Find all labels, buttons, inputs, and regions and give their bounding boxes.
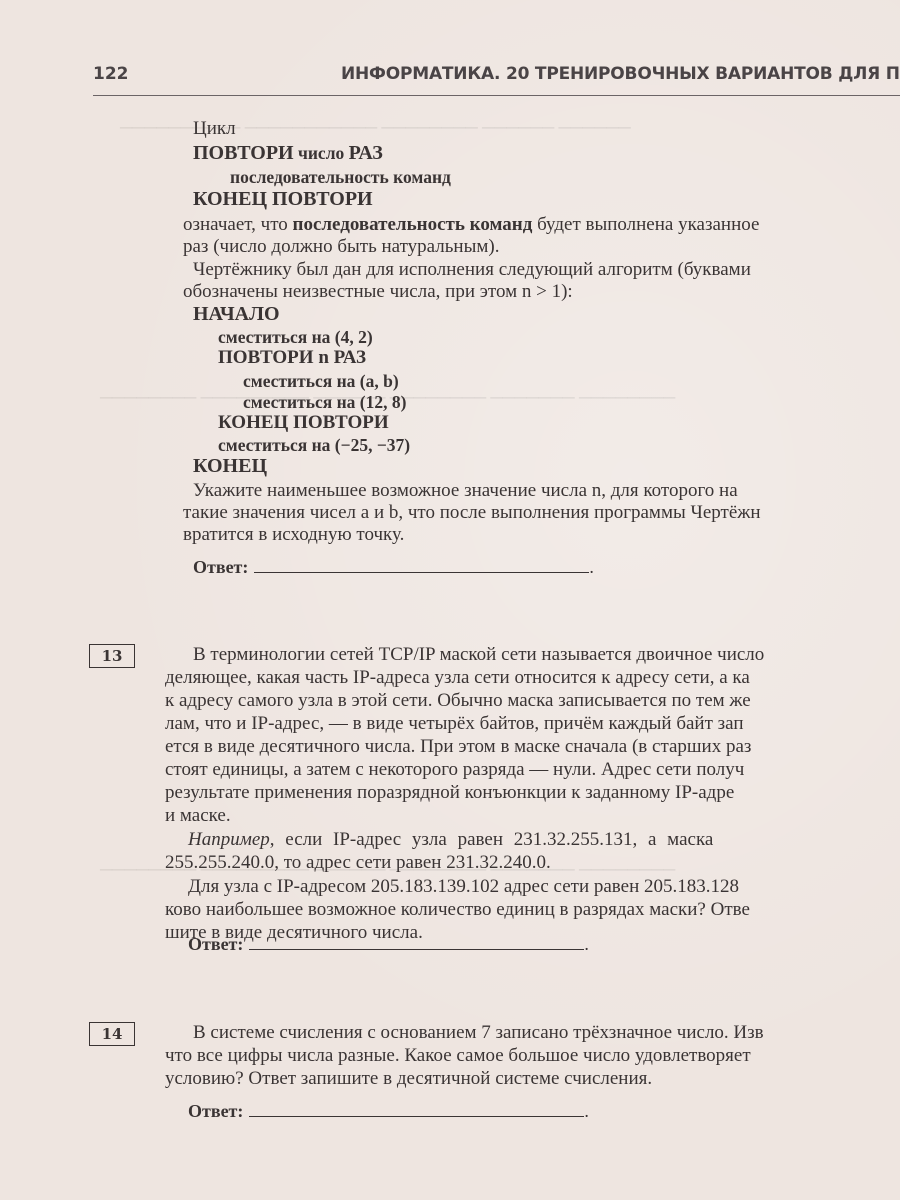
task14-line: В системе счисления с основанием 7 запис… [193,1022,764,1044]
algorithm-intro-2: обозначены неизвестные числа, при этом n… [183,281,573,303]
page-header: 122 ИНФОРМАТИКА. 20 ТРЕНИРОВОЧНЫХ ВАРИАН… [93,64,900,90]
task14-line: что все цифры числа разные. Какое самое … [165,1045,751,1067]
task12-question-2: такие значения чисел a и b, что после вы… [183,502,761,524]
task13-line: результате применения поразрядной конъюн… [165,782,734,804]
task13-line: и маске. [165,805,231,827]
task13-line: ется в виде десятичного числа. При этом … [165,736,751,758]
task14-answer-field[interactable]: Ответ:. [188,1100,589,1122]
example-italic: Например [188,829,270,850]
task13-line: деляющее, какая часть IP-адреса узла сет… [165,667,750,689]
loop-end: КОНЕЦ ПОВТОРИ [193,188,373,210]
text: , если IP-адрес узла равен 231.32.255.13… [270,829,714,850]
loop-explain-2: раз (число должно быть натуральным). [183,236,499,258]
loop-body: последовательность команд [230,166,451,188]
task13-line: В терминологии сетей TCP/IP маской сети … [193,644,764,666]
answer-period: . [589,557,594,577]
task13-question-1: Для узла с IP-адресом 205.183.139.102 ад… [188,876,739,898]
task12-question-3: вратится в исходную точку. [183,524,404,546]
algorithm-line: НАЧАЛО [193,303,280,325]
algorithm-line: КОНЕЦ [193,455,267,477]
answer-blank[interactable] [249,933,584,950]
loop-repeat-line: ПОВТОРИ число РАЗ [193,142,383,165]
task-number-box: 14 [89,1022,135,1046]
answer-label: Ответ: [188,1101,243,1121]
running-title: ИНФОРМАТИКА. 20 ТРЕНИРОВОЧНЫХ ВАРИАНТОВ … [341,64,900,84]
task13-example-2: 255.255.240.0, то адрес сети равен 231.3… [165,852,551,874]
keyword-count: число [294,143,349,163]
task13-answer-field[interactable]: Ответ:. [188,933,589,955]
task13-line: лам, что и IP-адрес, — в виде четырёх ба… [165,713,744,735]
text: означает, что [183,214,293,235]
text-bold: последовательность команд [293,214,533,235]
loop-title: Цикл [193,118,236,140]
answer-period: . [584,934,589,954]
algorithm-line: сместиться на (12, 8) [243,391,406,413]
algorithm-line: сместиться на (a, b) [243,370,399,392]
algorithm-line: КОНЕЦ ПОВТОРИ [218,412,389,434]
text: будет выполнена указанное [532,214,759,235]
loop-explain-1: означает, что последовательность команд … [183,214,759,236]
task13-line: к адресу самого узла в этой сети. Обычно… [165,690,751,712]
answer-label: Ответ: [188,934,243,954]
algorithm-line: сместиться на (4, 2) [218,326,373,348]
answer-period: . [584,1101,589,1121]
algorithm-intro-1: Чертёжнику был дан для исполнения следую… [193,259,751,281]
page-number: 122 [93,64,129,84]
algorithm-line: ПОВТОРИ n РАЗ [218,347,366,369]
answer-blank[interactable] [249,1100,584,1117]
answer-blank[interactable] [254,556,589,573]
book-page: ────────── ─────────── ──────── ────── ─… [0,0,900,1200]
task13-question-2: ково наибольшее возможное количество еди… [165,899,750,921]
answer-label: Ответ: [193,557,248,577]
task14-line: условию? Ответ запишите в десятичной сис… [165,1068,652,1090]
keyword-times: РАЗ [349,142,383,164]
algorithm-line: сместиться на (−25, −37) [218,434,410,456]
task13-line: стоят единицы, а затем с некоторого разр… [165,759,744,781]
task13-example-1: Например, если IP-адрес узла равен 231.3… [188,829,713,851]
keyword-repeat: ПОВТОРИ [193,142,294,164]
header-divider [93,95,900,96]
task12-question-1: Укажите наименьшее возможное значение чи… [193,480,738,502]
task12-answer-field[interactable]: Ответ:. [193,556,594,578]
task-number-box: 13 [89,644,135,668]
